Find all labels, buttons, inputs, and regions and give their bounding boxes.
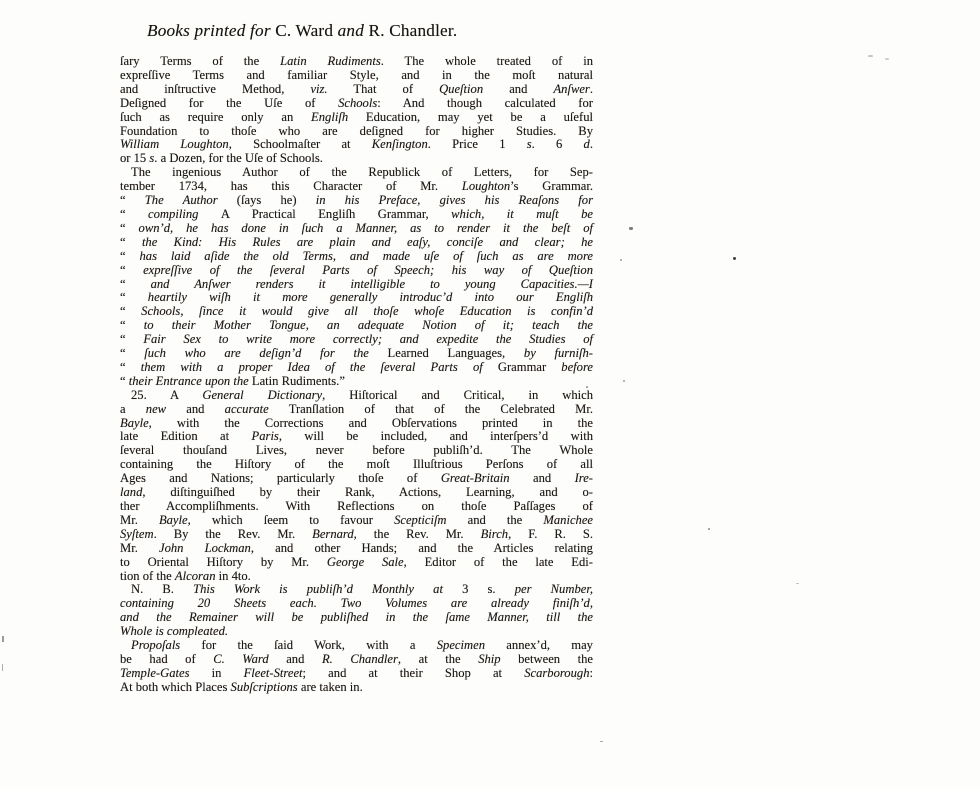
scan-speck bbox=[885, 58, 889, 60]
italic-text: Anſwer bbox=[553, 82, 589, 96]
italic-text: containing 20 Sheets each. Two Volumes a… bbox=[120, 596, 593, 610]
roman-text: “ bbox=[120, 374, 129, 388]
text-line: Ages and Nations; particularly thoſe of … bbox=[120, 472, 593, 486]
roman-text: and inſtructive Method, bbox=[120, 82, 310, 96]
roman-text: N. B. bbox=[131, 582, 193, 596]
text-line: The ingenious Author of the Republick of… bbox=[120, 166, 593, 180]
roman-text: be had of bbox=[120, 652, 213, 666]
paragraph: 25. A General Dictionary, Hiſtorical and… bbox=[120, 389, 593, 584]
text-line: containing 20 Sheets each. Two Volumes a… bbox=[120, 597, 593, 611]
scan-speck bbox=[796, 583, 799, 584]
roman-text: R. Chandler. bbox=[369, 21, 458, 40]
text-line: William Loughton, Schoolmaſter at Kenſin… bbox=[120, 138, 593, 152]
paragraph: The ingenious Author of the Republick of… bbox=[120, 166, 593, 389]
roman-text: , will be included, and interſpers’d wit… bbox=[279, 429, 593, 443]
italic-text: Alcoran bbox=[175, 569, 216, 583]
text-line: “ expreſſive of the ſeveral Parts of Spe… bbox=[120, 264, 593, 278]
italic-text: This Work is publiſh’d Monthly at bbox=[193, 582, 462, 596]
roman-text: C. Ward bbox=[275, 21, 337, 40]
italic-text: John Lockman bbox=[159, 541, 251, 555]
roman-text: ſary Terms of the bbox=[120, 54, 280, 68]
italic-text: in his Preface, gives his Reaſons for bbox=[316, 193, 593, 207]
text-line: Foundation to thoſe who are deſigned for… bbox=[120, 125, 593, 139]
italic-text: ſuch who are deſign’d for the bbox=[144, 346, 387, 360]
text-line: “ heartily wiſh it more generally introd… bbox=[120, 291, 593, 305]
text-line: ſuch as require only an Engliſh Educatio… bbox=[120, 111, 593, 125]
text-line: a new and accurate Tranſlation of that o… bbox=[120, 403, 593, 417]
roman-text: . bbox=[590, 82, 593, 96]
roman-text: , which ſeem to favour bbox=[188, 513, 394, 527]
text-line: Propoſals for the ſaid Work, with a Spec… bbox=[120, 639, 593, 653]
italic-text: Great-Britain bbox=[441, 471, 510, 485]
text-line: tion of the Alcoran in 4to. bbox=[120, 570, 593, 584]
italic-text: Bernard bbox=[312, 527, 354, 541]
roman-text: . 6 bbox=[532, 137, 584, 151]
italic-text: Scepticiſm bbox=[394, 513, 446, 527]
italic-text: Scarborough bbox=[524, 666, 589, 680]
italic-text: Fair Sex to write more correctly; and ex… bbox=[143, 332, 593, 346]
roman-text: At both which Places bbox=[120, 680, 231, 694]
italic-text: Latin Rudiments bbox=[280, 54, 381, 68]
roman-text: A Practical Engliſh Grammar, bbox=[221, 207, 451, 221]
text-line: Whole is compleated. bbox=[120, 625, 593, 639]
italic-text: Propoſals bbox=[131, 638, 180, 652]
italic-text: own’d, he has done in ſuch a Manner, as … bbox=[139, 221, 593, 235]
roman-text: Mr. bbox=[120, 541, 159, 555]
italic-text: Subſcriptions bbox=[231, 680, 298, 694]
roman-text: ’s Grammar. bbox=[510, 179, 593, 193]
roman-text: , diſtinguiſhed by their Rank, Actions, … bbox=[142, 485, 593, 499]
roman-text: “ bbox=[120, 304, 141, 318]
italic-text: and the Remainer will be publiſhed in th… bbox=[120, 610, 593, 624]
scan-speck bbox=[868, 55, 873, 57]
roman-text: expreſſive Terms and familiar Style, and… bbox=[120, 68, 593, 82]
roman-text: “ bbox=[120, 346, 144, 360]
text-line: Mr. Bayle, which ſeem to favour Sceptici… bbox=[120, 514, 593, 528]
italic-text: expreſſive of the ſeveral Parts of Speec… bbox=[143, 263, 549, 277]
italic-text: them with a proper Idea of the ſeveral P… bbox=[141, 360, 498, 374]
text-line: N. B. This Work is publiſh’d Monthly at … bbox=[120, 583, 593, 597]
roman-text: . By the Rev. Mr. bbox=[154, 527, 313, 541]
roman-text: , Editor of the late Edi- bbox=[404, 555, 593, 569]
roman-text: ſeveral thouſand Lives, never before pub… bbox=[120, 443, 593, 457]
text-line: or 15 s. a Dozen, for the Uſe of Schools… bbox=[120, 152, 593, 166]
roman-text: , and other Hands; and the Articles rela… bbox=[251, 541, 593, 555]
italic-text: the Kind: His Rules are plain and eaſy, … bbox=[142, 235, 593, 249]
text-line: “ has laid aſide the old Terms, and made… bbox=[120, 250, 593, 264]
italic-text: compiling bbox=[148, 207, 221, 221]
roman-text: , at the bbox=[398, 652, 478, 666]
roman-text: tion of the bbox=[120, 569, 175, 583]
text-line: “ the Kind: His Rules are plain and eaſy… bbox=[120, 236, 593, 250]
roman-text: Foundation to thoſe who are deſigned for… bbox=[120, 124, 593, 138]
roman-text: . a Dozen, for the Uſe of Schools. bbox=[154, 151, 323, 165]
roman-text: . The whole treated of in bbox=[381, 54, 593, 68]
roman-text: tember 1734, has this Character of Mr. bbox=[120, 179, 462, 193]
roman-text: “ bbox=[120, 193, 145, 207]
italic-text: Schools, ſince it would give all thoſe w… bbox=[141, 304, 593, 318]
scan-speck bbox=[2, 664, 3, 671]
text-line: ther Accompliſhments. With Reflections o… bbox=[120, 500, 593, 514]
text-line: At both which Places Subſcriptions are t… bbox=[120, 681, 593, 695]
italic-text: , by furniſh- bbox=[502, 346, 593, 360]
italic-text: Temple-Gates bbox=[120, 666, 190, 680]
text-line: “ their Entrance upon the Latin Rudiment… bbox=[120, 375, 593, 389]
italic-text: Manichee bbox=[543, 513, 593, 527]
text-line: expreſſive Terms and familiar Style, and… bbox=[120, 69, 593, 83]
italic-text: Ship bbox=[478, 652, 500, 666]
text-line: Syſtem. By the Rev. Mr. Bernard, the Rev… bbox=[120, 528, 593, 542]
roman-text: : bbox=[590, 666, 594, 680]
roman-text: “ bbox=[120, 249, 139, 263]
scan-speck bbox=[2, 636, 4, 642]
roman-text: : And though calculated for bbox=[377, 96, 593, 110]
roman-text: “ bbox=[120, 360, 141, 374]
roman-text: That of bbox=[328, 82, 440, 96]
roman-text: ſuch as require only an bbox=[120, 110, 311, 124]
text-line: Bayle, with the Corrections and Obſervat… bbox=[120, 417, 593, 431]
roman-text: “ bbox=[120, 235, 142, 249]
italic-text: Kenſington bbox=[372, 137, 428, 151]
roman-text: “ bbox=[120, 318, 144, 332]
text-line: and inſtructive Method, viz. That of Que… bbox=[120, 83, 593, 97]
italic-text: heartily wiſh it more generally introduc… bbox=[148, 290, 593, 304]
italic-text: General Dictionary bbox=[202, 388, 322, 402]
roman-text: late Edition at bbox=[120, 429, 252, 443]
roman-text: . bbox=[590, 137, 593, 151]
roman-text: or 15 bbox=[120, 151, 149, 165]
scan-speck bbox=[600, 741, 603, 742]
roman-text: “ bbox=[120, 332, 143, 346]
text-line: 25. A General Dictionary, Hiſtorical and… bbox=[120, 389, 593, 403]
italic-text: R. Chandler bbox=[322, 652, 398, 666]
italic-text: Queſtion bbox=[549, 263, 593, 277]
roman-text: 3 s. bbox=[462, 582, 515, 596]
roman-text: in bbox=[190, 666, 244, 680]
italic-text: The Author bbox=[145, 193, 237, 207]
italic-text: Birch bbox=[481, 527, 509, 541]
text-line: Books printed for C. Ward and R. Chandle… bbox=[147, 20, 457, 41]
text-line: “ Schools, ſince it would give all thoſe… bbox=[120, 305, 593, 319]
text-line: Temple-Gates in Fleet-Street; and at the… bbox=[120, 667, 593, 681]
roman-text: The ingenious Author of the Republick of… bbox=[131, 165, 593, 179]
text-line: “ and Anſwer renders it intelligible to … bbox=[120, 278, 593, 292]
italic-text: and Anſwer renders it intelligible to yo… bbox=[151, 277, 593, 291]
roman-text: , Schoolmaſter at bbox=[229, 137, 372, 151]
italic-text: viz. bbox=[310, 82, 327, 96]
italic-text: William Loughton bbox=[120, 137, 229, 151]
roman-text: , Hiſtorical and Critical, in which bbox=[322, 388, 593, 402]
text-line: “ to their Mother Tongue, an adequate No… bbox=[120, 319, 593, 333]
paragraph: Propoſals for the ſaid Work, with a Spec… bbox=[120, 639, 593, 695]
italic-text: Queſtion bbox=[439, 82, 483, 96]
text-line: “ own’d, he has done in ſuch a Manner, a… bbox=[120, 222, 593, 236]
text-line: ſary Terms of the Latin Rudiments. The w… bbox=[120, 55, 593, 69]
roman-text: 25. A bbox=[131, 388, 202, 402]
italic-text: Bayle bbox=[120, 416, 149, 430]
italic-text: Ire- bbox=[575, 471, 593, 485]
roman-text: and bbox=[269, 652, 322, 666]
text-line: to Oriental Hiſtory by Mr. George Sale, … bbox=[120, 556, 593, 570]
text-line: ſeveral thouſand Lives, never before pub… bbox=[120, 444, 593, 458]
roman-text: are taken in. bbox=[298, 680, 363, 694]
roman-text: Grammar bbox=[498, 360, 561, 374]
italic-text: before bbox=[561, 360, 593, 374]
scanned-book-page: Books printed for C. Ward and R. Chandle… bbox=[0, 0, 980, 789]
roman-text: Ages and Nations; particularly thoſe of bbox=[120, 471, 441, 485]
italic-text: new bbox=[146, 402, 166, 416]
italic-text: and bbox=[338, 21, 369, 40]
italic-text: Specimen bbox=[437, 638, 485, 652]
roman-text: Tranſlation of that of the Celebrated Mr… bbox=[269, 402, 593, 416]
italic-text: Loughton bbox=[462, 179, 510, 193]
italic-text: Paris bbox=[252, 429, 279, 443]
italic-text: land bbox=[120, 485, 142, 499]
text-line: Mr. John Lockman, and other Hands; and t… bbox=[120, 542, 593, 556]
italic-text: Books printed for bbox=[147, 21, 275, 40]
roman-text: ; and at their Shop at bbox=[303, 666, 525, 680]
roman-text: (ſays he) bbox=[237, 193, 316, 207]
roman-text: “ bbox=[120, 290, 148, 304]
text-line: “ compiling A Practical Engliſh Grammar,… bbox=[120, 208, 593, 222]
scan-speck bbox=[620, 259, 622, 261]
italic-text: Fleet-Street bbox=[244, 666, 303, 680]
italic-text: Bayle bbox=[159, 513, 188, 527]
text-line: “ Fair Sex to write more correctly; and … bbox=[120, 333, 593, 347]
paragraph: N. B. This Work is publiſh’d Monthly at … bbox=[120, 583, 593, 639]
roman-text: , F. R. S. bbox=[508, 527, 593, 541]
roman-text: “ bbox=[120, 207, 148, 221]
italic-text: per Number, bbox=[515, 582, 593, 596]
italic-text: which, it muſt be bbox=[451, 207, 593, 221]
roman-text: , the Rev. Mr. bbox=[354, 527, 481, 541]
italic-text: to their Mother Tongue, an adequate Noti… bbox=[144, 318, 593, 332]
scan-speck bbox=[629, 227, 633, 230]
italic-text: has laid aſide the old Terms, and made u… bbox=[139, 249, 593, 263]
text-line: and the Remainer will be publiſhed in th… bbox=[120, 611, 593, 625]
roman-text: and the bbox=[447, 513, 544, 527]
scan-speck bbox=[708, 528, 710, 530]
roman-text: in 4to. bbox=[216, 569, 251, 583]
roman-text: “ bbox=[120, 263, 143, 277]
roman-text: “ bbox=[120, 277, 151, 291]
text-line: containing the Hiſtory of the moſt Illuſ… bbox=[120, 458, 593, 472]
text-line: “ them with a proper Idea of the ſeveral… bbox=[120, 361, 593, 375]
roman-text: to Oriental Hiſtory by Mr. bbox=[120, 555, 327, 569]
text-line: be had of C. Ward and R. Chandler, at th… bbox=[120, 653, 593, 667]
roman-text: and bbox=[510, 471, 575, 485]
italic-text: Schools bbox=[338, 96, 377, 110]
roman-text: a bbox=[120, 402, 146, 416]
text-line: late Edition at Paris, will be included,… bbox=[120, 430, 593, 444]
catalog-text-block: ſary Terms of the Latin Rudiments. The w… bbox=[120, 55, 593, 695]
scan-speck bbox=[733, 257, 736, 260]
running-title: Books printed for C. Ward and R. Chandle… bbox=[147, 20, 457, 41]
italic-text: Whole is compleated. bbox=[120, 624, 228, 638]
roman-text: Learned Languages bbox=[388, 346, 503, 360]
text-line: tember 1734, has this Character of Mr. L… bbox=[120, 180, 593, 194]
roman-text: Mr. bbox=[120, 513, 159, 527]
italic-text: Engliſh bbox=[311, 110, 348, 124]
text-line: Deſigned for the Uſe of Schools: And tho… bbox=[120, 97, 593, 111]
roman-text: ther Accompliſhments. With Reflections o… bbox=[120, 499, 593, 513]
roman-text: , with the Corrections and Obſervations … bbox=[149, 416, 593, 430]
scan-speck bbox=[586, 386, 588, 388]
text-line: “ ſuch who are deſign’d for the Learned … bbox=[120, 347, 593, 361]
roman-text: Education, may yet be a uſeful bbox=[348, 110, 593, 124]
roman-text: Deſigned for the Uſe of bbox=[120, 96, 338, 110]
italic-text: Syſtem bbox=[120, 527, 154, 541]
text-line: “ The Author (ſays he) in his Preface, g… bbox=[120, 194, 593, 208]
text-line: land, diſtinguiſhed by their Rank, Actio… bbox=[120, 486, 593, 500]
roman-text: between the bbox=[501, 652, 593, 666]
roman-text: containing the Hiſtory of the moſt Illuſ… bbox=[120, 457, 593, 471]
roman-text: “ bbox=[120, 221, 139, 235]
italic-text: C. Ward bbox=[213, 652, 268, 666]
roman-text: annex’d, may bbox=[485, 638, 593, 652]
italic-text: accurate bbox=[225, 402, 269, 416]
paragraph: ſary Terms of the Latin Rudiments. The w… bbox=[120, 55, 593, 166]
italic-text: their Entrance upon the bbox=[129, 374, 252, 388]
roman-text: for the ſaid Work, with a bbox=[180, 638, 437, 652]
roman-text: Latin Rudiments.” bbox=[252, 374, 345, 388]
roman-text: and bbox=[483, 82, 553, 96]
roman-text: . Price 1 bbox=[428, 137, 527, 151]
roman-text: and bbox=[166, 402, 225, 416]
italic-text: George Sale bbox=[327, 555, 404, 569]
scan-speck bbox=[623, 380, 625, 382]
